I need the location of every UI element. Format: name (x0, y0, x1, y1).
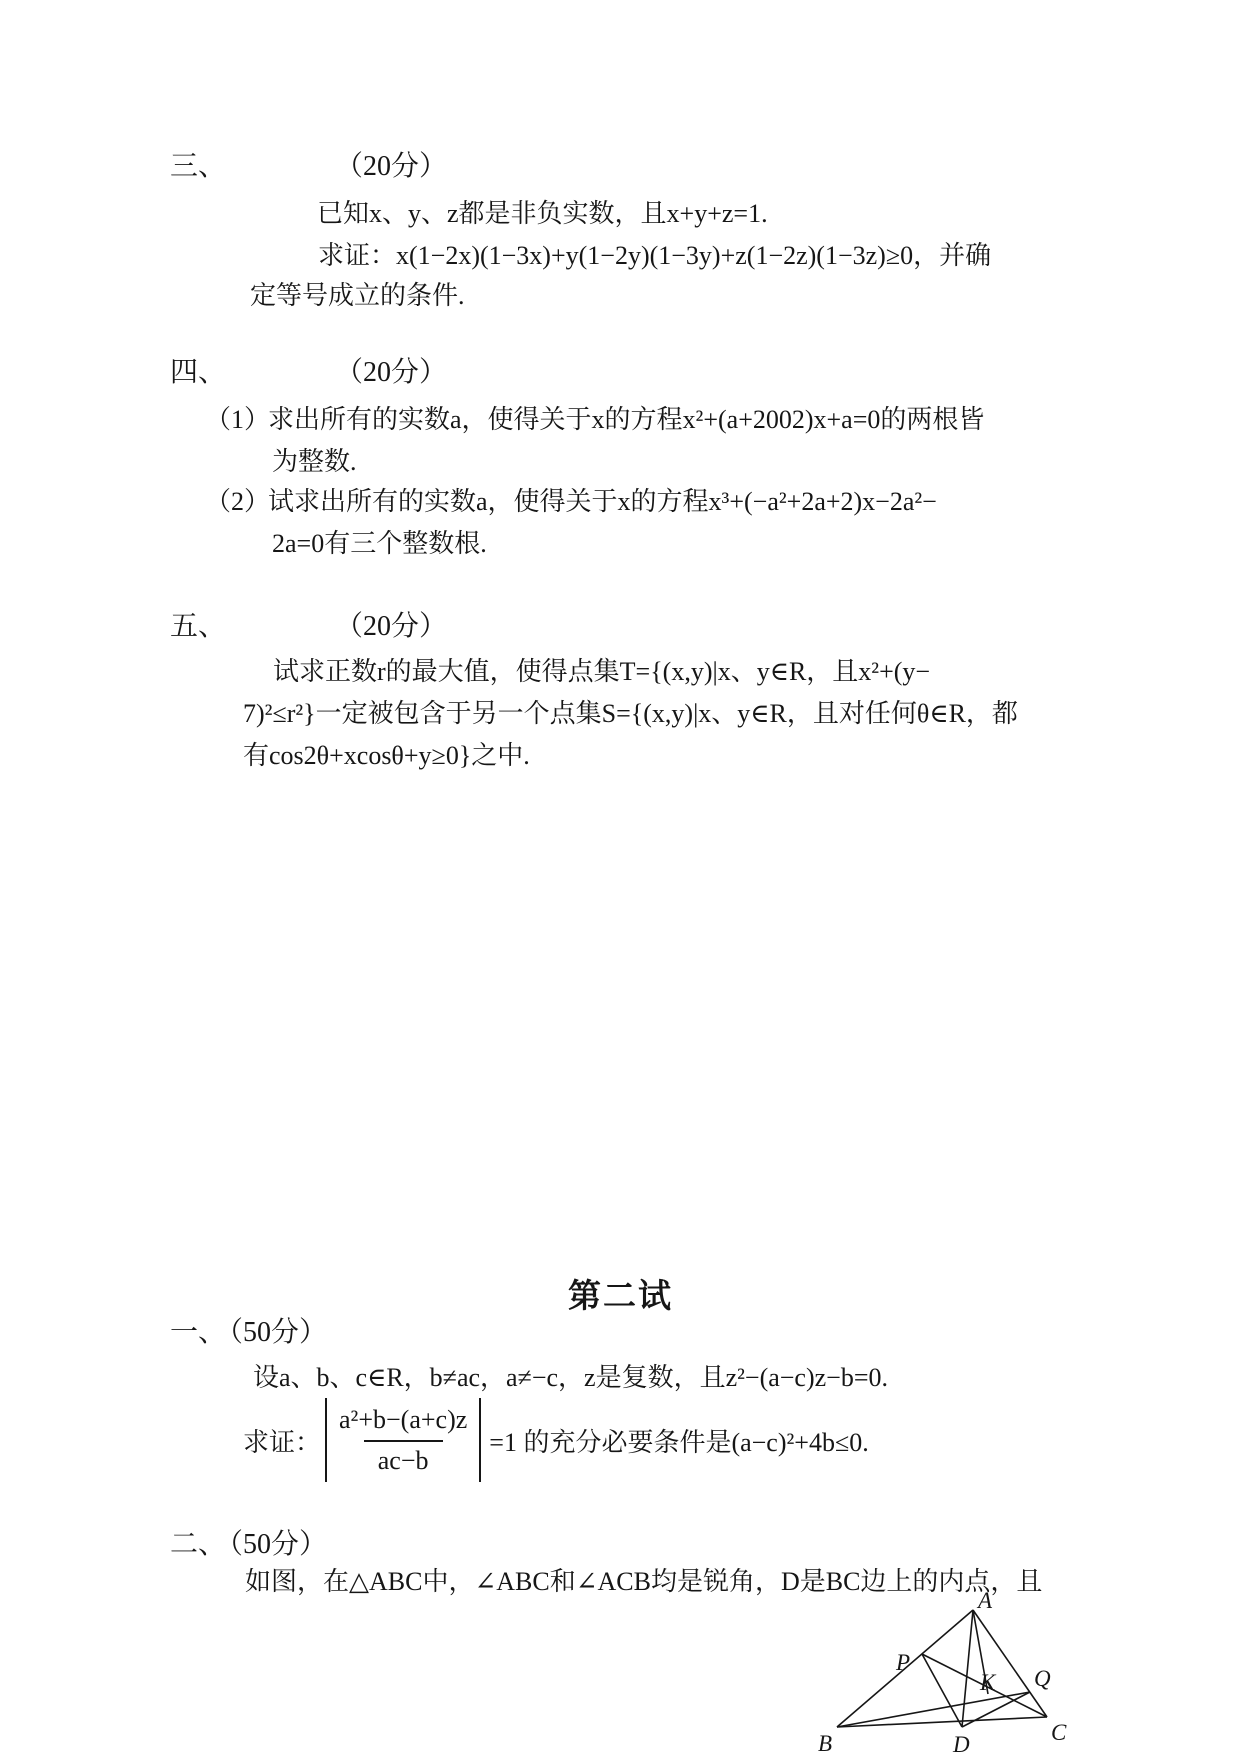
problem-3-line-2: 求证：x(1−2x)(1−3x)+y(1−2y)(1−3y)+z(1−2z)(1… (318, 240, 991, 272)
problem-4-item-1-line-1: 求出所有的实数a，使得关于x的方程x²+(a+2002)x+a=0的两根皆 (268, 404, 984, 436)
vertex-label-C: C (1051, 1720, 1067, 1745)
problem-3-line-1: 已知x、y、z都是非负实数，且x+y+z=1. (317, 198, 768, 230)
vertex-label-P: P (895, 1650, 910, 1675)
abs-bar-right (479, 1398, 481, 1482)
segment-AD (962, 1610, 973, 1727)
vertex-label-D: D (952, 1732, 970, 1754)
second-test-title: 第二试 (0, 1270, 1241, 1317)
fraction-numerator: a²+b−(a+c)z (331, 1405, 475, 1440)
problem-4-item-1-line-2: 为整数. (272, 446, 357, 478)
exam-page: 三、 （20分） 已知x、y、z都是非负实数，且x+y+z=1. 求证：x(1−… (0, 0, 1241, 1754)
fraction: a²+b−(a+c)z ac−b (331, 1405, 475, 1476)
vertex-label-B: B (818, 1731, 832, 1754)
problem-5-line-3: 有cos2θ+xcosθ+y≥0}之中. (243, 740, 530, 772)
triangle-figure-svg: A B C D P Q K (730, 1588, 1110, 1754)
problem-3-number: 三、 (170, 150, 226, 184)
problem-4-item-2-marker: （2） (205, 486, 270, 518)
problem-4-item-2-line-2: 2a=0有三个整数根. (272, 528, 487, 560)
problem-4-item-2-line-1: 试求出所有的实数a，使得关于x的方程x³+(−a²+2a+2)x−2a²− (268, 486, 937, 518)
proof-rhs: =1 的充分必要条件是(a−c)²+4b≤0. (489, 1422, 868, 1459)
problem-4-item-1-marker: （1） (205, 404, 270, 436)
vertex-label-Q: Q (1034, 1666, 1051, 1691)
problem-t2-2-score: （50分） (215, 1528, 327, 1562)
problem-t2-1-proof-statement: 求证： a²+b−(a+c)z ac−b =1 的充分必要条件是(a−c)²+4… (243, 1398, 869, 1482)
problem-4-number: 四、 (170, 356, 226, 390)
problem-5-score: （20分） (335, 610, 447, 644)
segment-DQ (962, 1692, 1030, 1727)
problem-t2-1-score: （50分） (215, 1316, 327, 1350)
proof-label: 求证： (243, 1422, 321, 1459)
vertex-label-A: A (976, 1588, 993, 1613)
vertex-label-K: K (979, 1670, 997, 1695)
triangle-figure: A B C D P Q K (730, 1588, 1110, 1754)
problem-5-number: 五、 (170, 610, 226, 644)
fraction-denominator: ac−b (364, 1440, 443, 1476)
problem-t2-1-line-1: 设a、b、c∈R，b≠ac，a≠−c，z是复数，且z²−(a−c)z−b=0. (253, 1362, 888, 1394)
abs-bar-left (325, 1398, 327, 1482)
problem-3-score: （20分） (335, 150, 447, 184)
problem-5-line-2: 7)²≤r²}一定被包含于另一个点集S={(x,y)|x、y∈R，且对任何θ∈R… (243, 698, 1018, 730)
problem-3-line-3: 定等号成立的条件. (250, 280, 465, 312)
problem-5-line-1: 试求正数r的最大值，使得点集T={(x,y)|x、y∈R，且x²+(y− (273, 656, 930, 688)
problem-4-score: （20分） (335, 356, 447, 390)
